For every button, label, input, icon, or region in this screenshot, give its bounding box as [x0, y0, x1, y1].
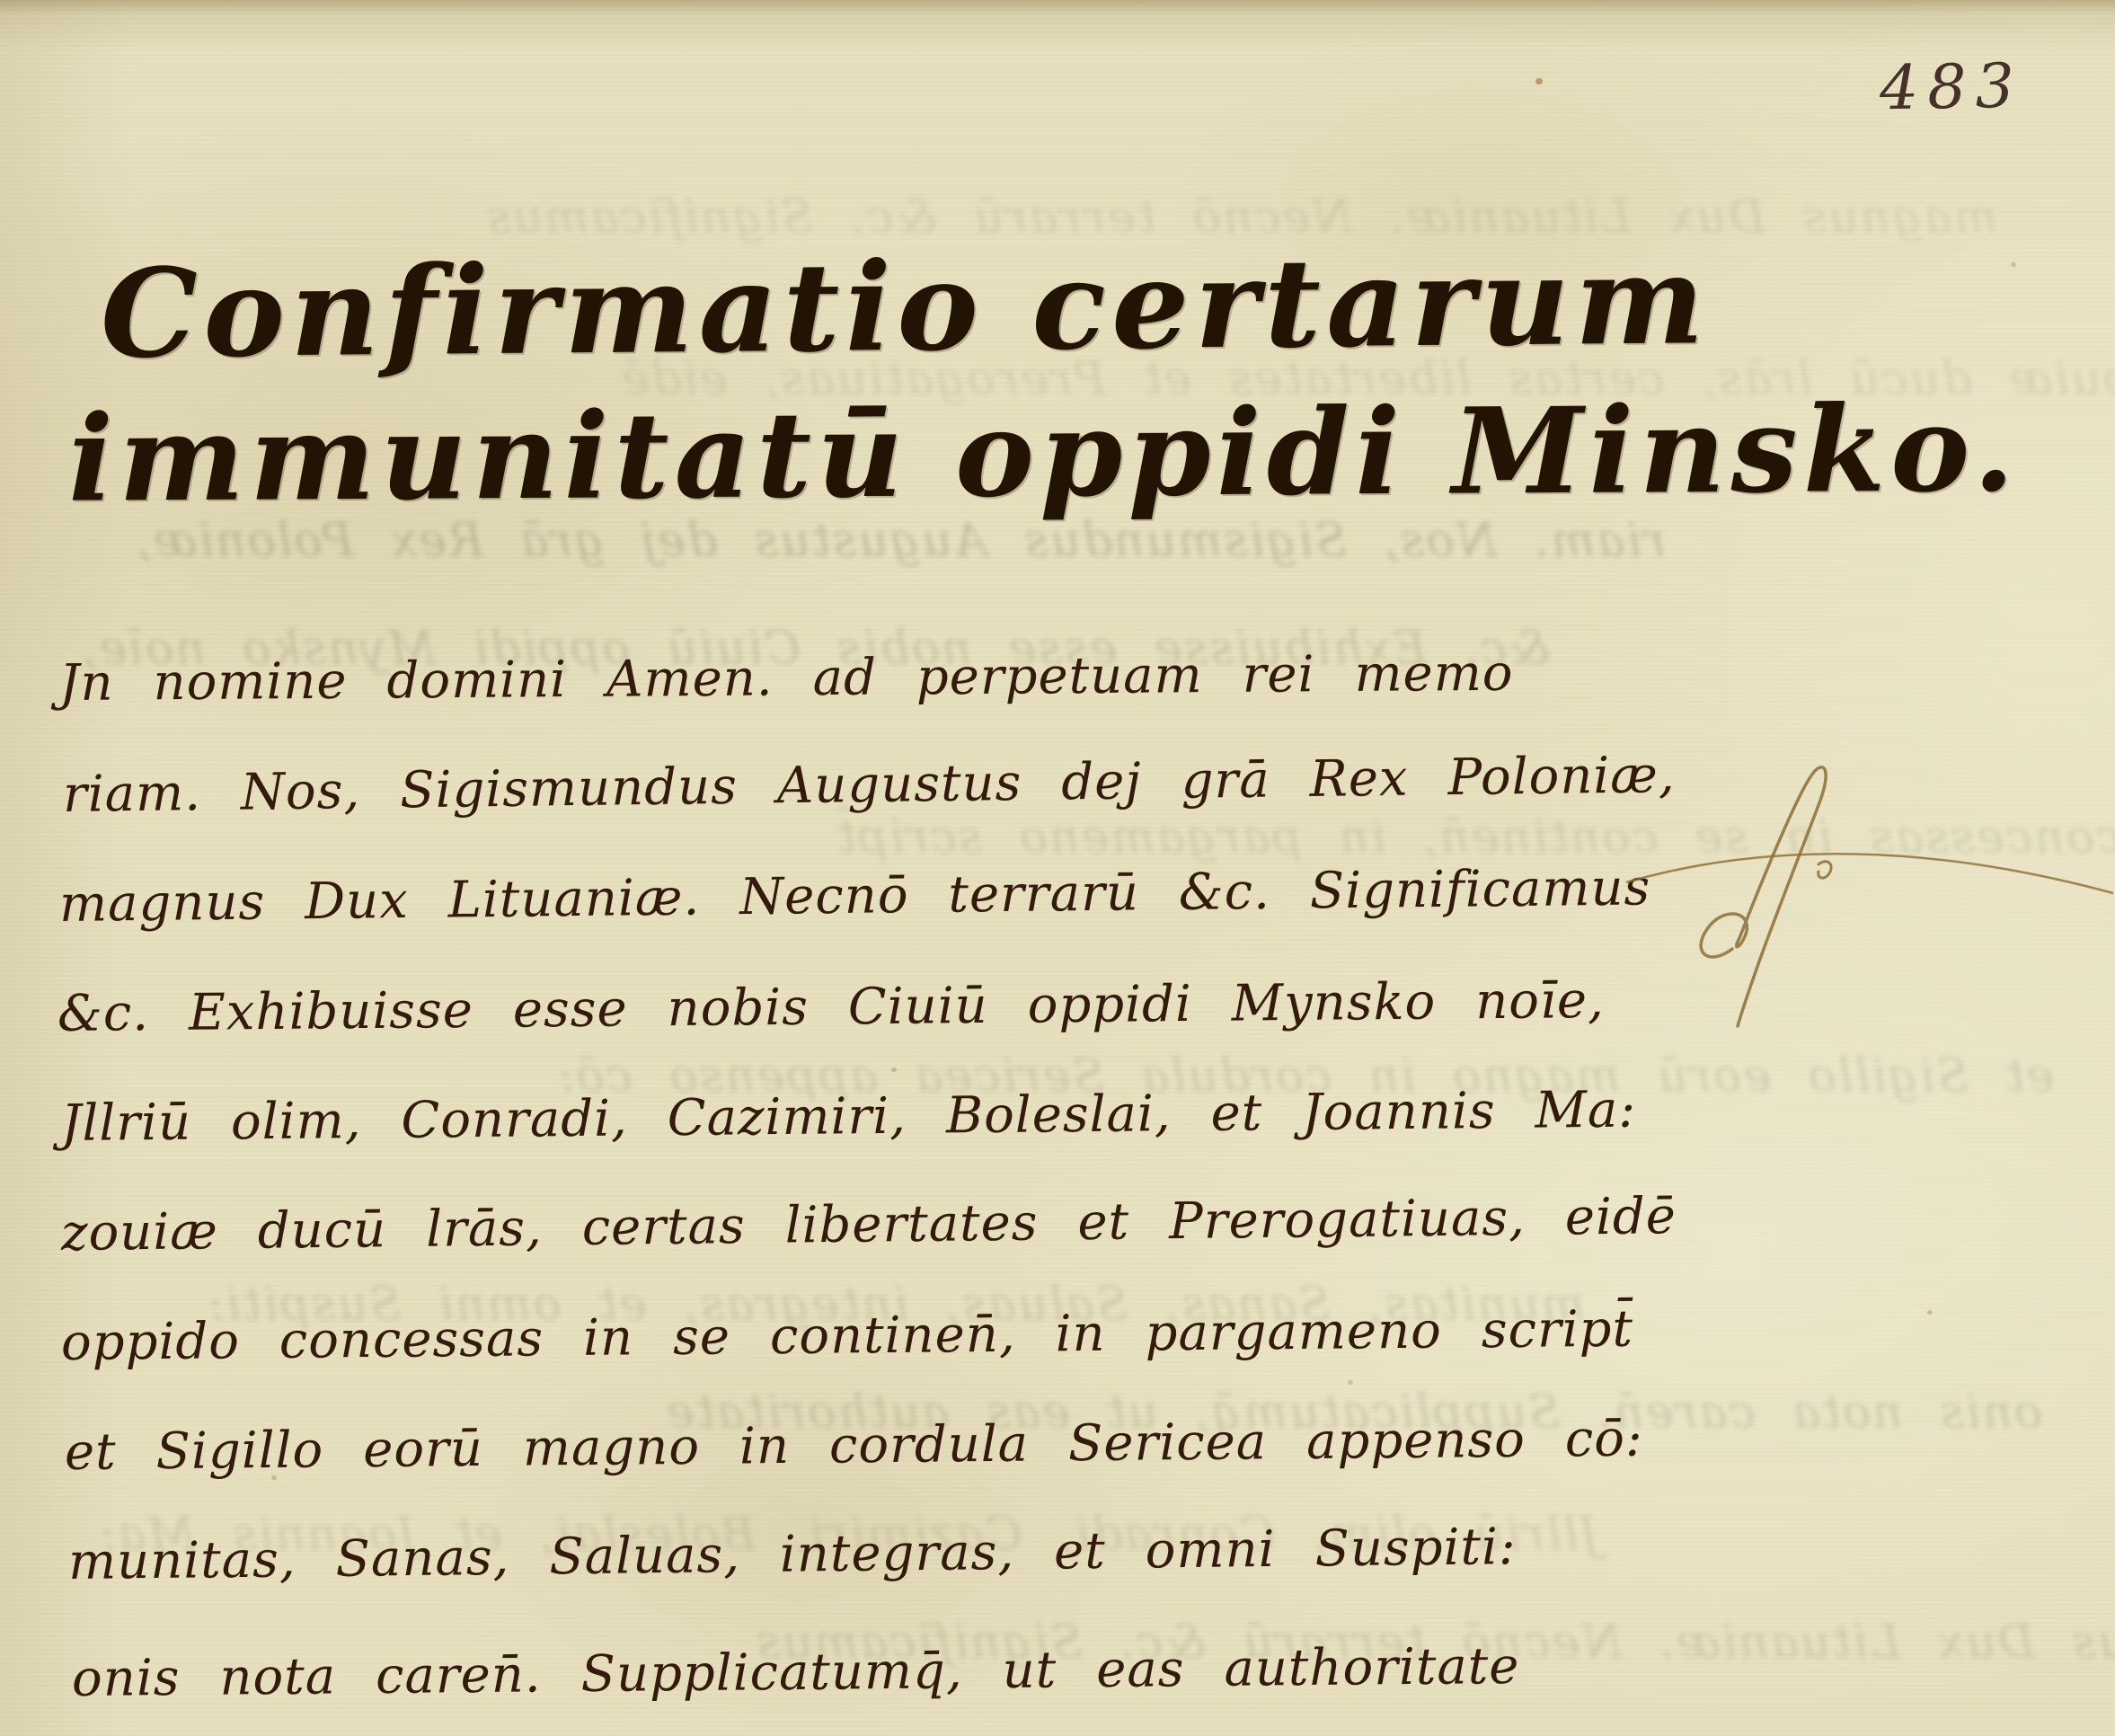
manuscript-line: riam. Nos, Sigismundus Augustus dej grā …: [63, 746, 1676, 824]
manuscript-line: zouiæ ducū lrās, certas libertates et Pr…: [61, 1187, 1677, 1262]
manuscript-line: onis nota caren̄. Supplicatumq̄, ut eas …: [72, 1637, 1520, 1708]
document-title-line-1: Confirmatio certarum: [100, 228, 1710, 386]
manuscript-line: Jllriū olim, Conradi, Cazimiri, Boleslai…: [61, 1081, 1637, 1153]
manuscript-line: &c. Exhibuisse esse nobis Ciuiū oppidi M…: [58, 971, 1605, 1043]
manuscript-line: Jn nomine domini Amen. ad perpetuam rei …: [59, 644, 1514, 713]
manuscript-line: oppido concessas in se continen̄, in par…: [61, 1300, 1634, 1372]
manuscript-page: magnus Dux Lituaniæ. Necnō terrarū &c. S…: [0, 0, 2115, 1736]
marginal-flourish: [1624, 757, 2115, 1044]
manuscript-line: magnus Dux Lituaniæ. Necnō terrarū &c. S…: [59, 858, 1651, 934]
folio-number: 483: [1879, 51, 2023, 125]
manuscript-line: munitas, Sanas, Saluas, integras, et omn…: [68, 1518, 1517, 1591]
manuscript-line: et Sigillo eorū magno in cordula Sericea…: [65, 1410, 1643, 1482]
document-title-line-2: immunitatū oppidi Minsko.: [68, 379, 2021, 528]
